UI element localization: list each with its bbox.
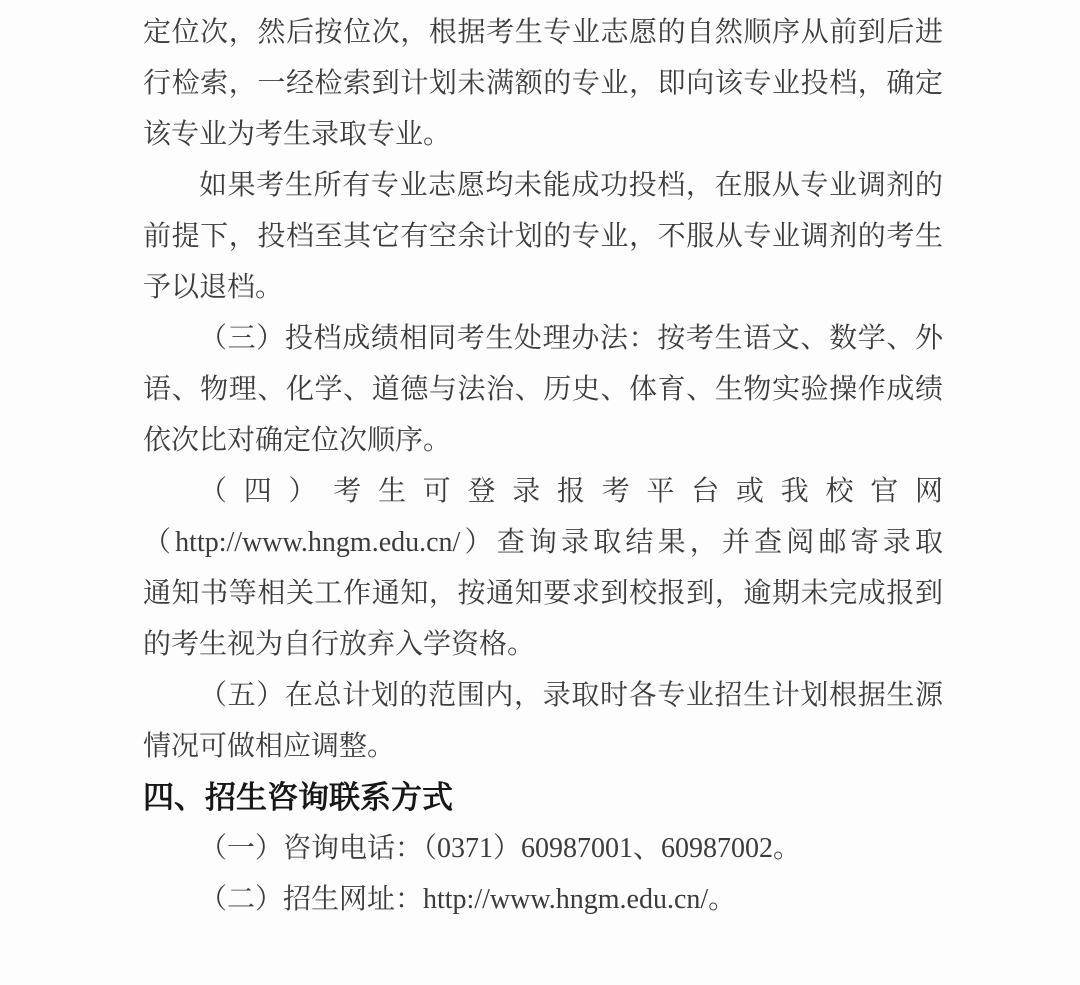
text-line: 如果考生所有专业志愿均未能成功投档，在服从专业调剂的 xyxy=(143,160,943,211)
text-line: （五）在总计划的范围内，录取时各专业招生计划根据生源 xyxy=(143,670,943,721)
text-line: 行检索，一经检索到计划未满额的专业，即向该专业投档，确定 xyxy=(143,58,943,109)
text-line: 通知书等相关工作通知，按通知要求到校报到，逾期未完成报到 xyxy=(143,568,943,619)
paragraph-contact-phone: （一）咨询电话：（0371）60987001、60987002。 xyxy=(143,823,943,874)
text-line: 依次比对确定位次顺序。 xyxy=(143,415,943,466)
text-line: （四）考生可登录报考平台或我校官网 xyxy=(143,466,943,517)
paragraph-item4-result-query: （四）考生可登录报考平台或我校官网 （http://www.hngm.edu.c… xyxy=(143,466,943,670)
contact-phone-line: （一）咨询电话：（0371）60987001、60987002。 xyxy=(143,823,943,874)
text-line website-url-line: （http://www.hngm.edu.cn/）查询录取结果，并查阅邮寄录取 xyxy=(143,517,943,568)
text-line: 予以退档。 xyxy=(143,262,943,313)
section4-heading: 四、招生咨询联系方式 xyxy=(143,772,943,823)
contact-website-line: （二）招生网址：http://www.hngm.edu.cn/。 xyxy=(143,874,943,925)
document-page: 定位次，然后按位次，根据考生专业志愿的自然顺序从前到后进 行检索，一经检索到计划… xyxy=(0,0,1080,985)
text-line: 情况可做相应调整。 xyxy=(143,721,943,772)
paragraph-item3-tiebreak-rule: （三）投档成绩相同考生处理办法：按考生语文、数学、外 语、物理、化学、道德与法治… xyxy=(143,313,943,466)
text-line: 该专业为考生录取专业。 xyxy=(143,109,943,160)
paragraph-contact-website: （二）招生网址：http://www.hngm.edu.cn/。 xyxy=(143,874,943,925)
text-line: 语、物理、化学、道德与法治、历史、体育、生物实验操作成绩 xyxy=(143,364,943,415)
paragraph-retrieval-rule-continued: 定位次，然后按位次，根据考生专业志愿的自然顺序从前到后进 行检索，一经检索到计划… xyxy=(143,7,943,160)
text-line: 的考生视为自行放弃入学资格。 xyxy=(143,619,943,670)
document-text-block: 定位次，然后按位次，根据考生专业志愿的自然顺序从前到后进 行检索，一经检索到计划… xyxy=(143,7,943,925)
text-line: （三）投档成绩相同考生处理办法：按考生语文、数学、外 xyxy=(143,313,943,364)
text-line: 定位次，然后按位次，根据考生专业志愿的自然顺序从前到后进 xyxy=(143,7,943,58)
text-line: 前提下，投档至其它有空余计划的专业，不服从专业调剂的考生 xyxy=(143,211,943,262)
paragraph-item5-plan-adjustment: （五）在总计划的范围内，录取时各专业招生计划根据生源 情况可做相应调整。 xyxy=(143,670,943,772)
paragraph-adjustment-policy: 如果考生所有专业志愿均未能成功投档，在服从专业调剂的 前提下，投档至其它有空余计… xyxy=(143,160,943,313)
